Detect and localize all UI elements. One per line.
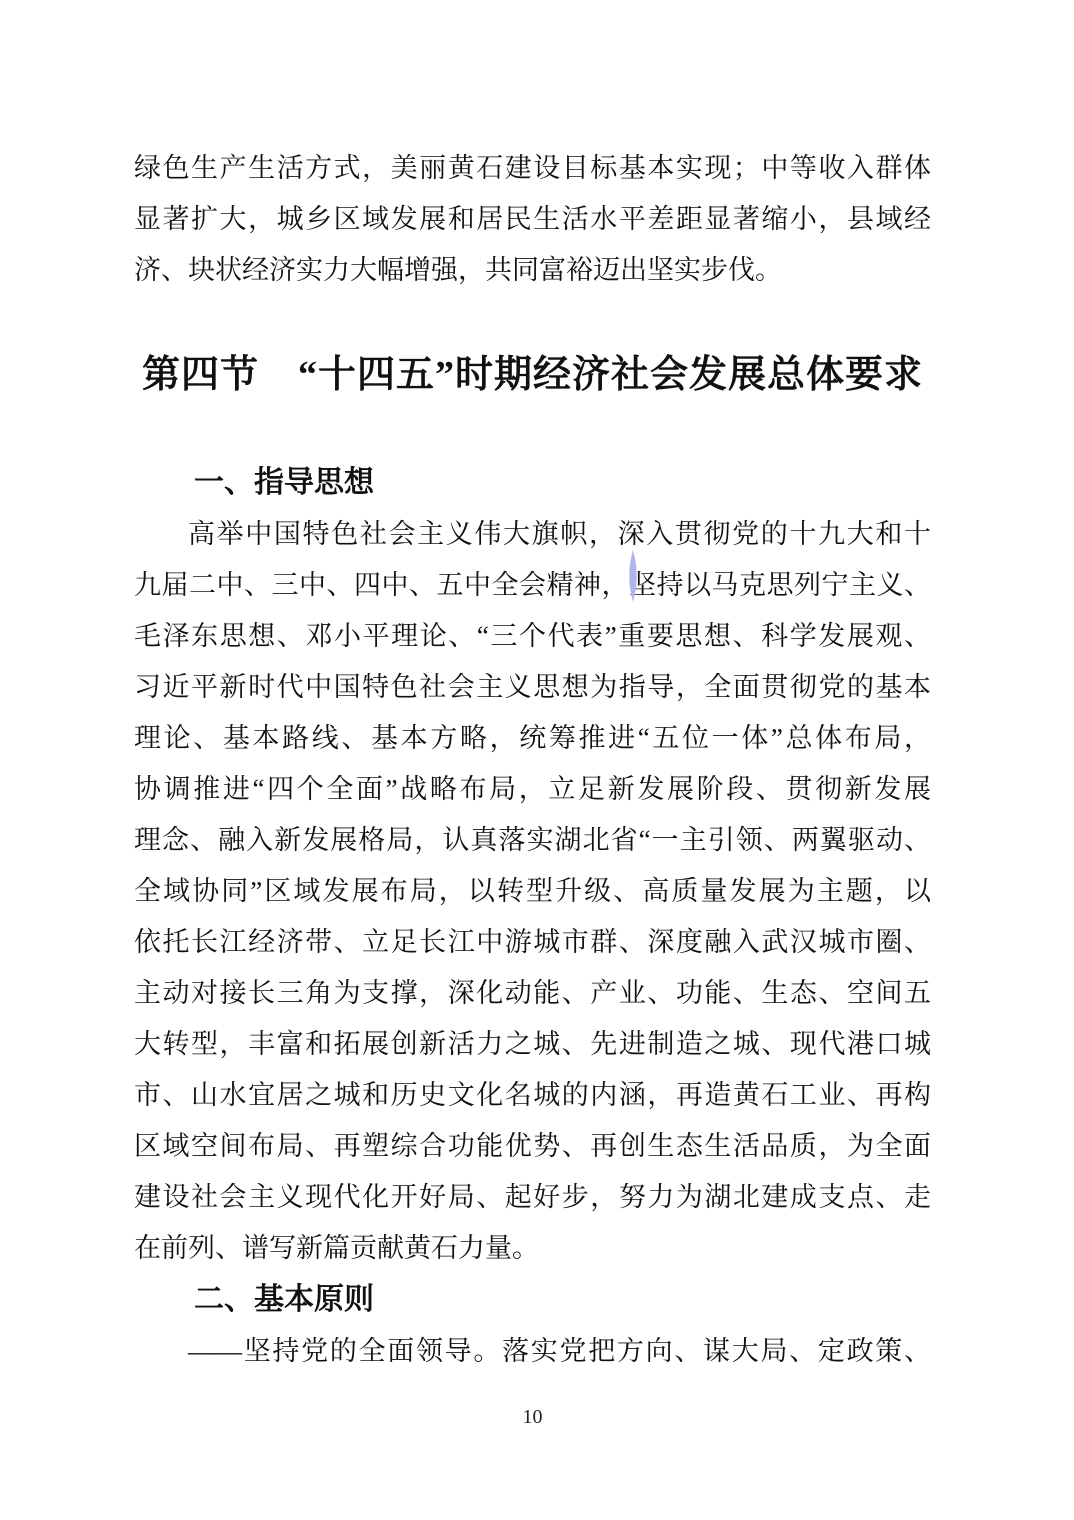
section-title-guiding-ideology: 一、指导思想 [134, 457, 931, 508]
text-line: ——坚持党的全面领导。落实党把方向、谋大局、定政策、 [134, 1326, 931, 1377]
section-title-basic-principles: 二、基本原则 [134, 1274, 931, 1325]
paragraph-intro: 绿色生产生活方式，美丽黄石建设目标基本实现；中等收入群体显著扩大，城乡区域发展和… [134, 143, 931, 296]
paragraph-guiding-ideology: 高举中国特色社会主义伟大旗帜，深入贯彻党的十九大和十九届二中、三中、四中、五中全… [134, 509, 931, 1274]
page-number: 10 [134, 1404, 931, 1430]
text-line: 绿色生产生活方式，美丽黄石建设目标基本实现；中等收入群体 [134, 143, 931, 194]
text-line: 市、山水宜居之城和历史文化名城的内涵，再造黄石工业、再构 [134, 1070, 931, 1121]
text-line: 全域协同”区域发展布局，以转型升级、高质量发展为主题，以 [134, 866, 931, 917]
chapter-heading: 第四节 “十四五”时期经济社会发展总体要求 [134, 352, 931, 398]
text-line: 主动对接长三角为支撑，深化动能、产业、功能、生态、空间五 [134, 968, 931, 1019]
text-line: 依托长江经济带、立足长江中游城市群、深度融入武汉城市圈、 [134, 917, 931, 968]
text-line: 高举中国特色社会主义伟大旗帜，深入贯彻党的十九大和十 [134, 509, 931, 560]
text-line: 习近平新时代中国特色社会主义思想为指导，全面贯彻党的基本 [134, 662, 931, 713]
text-line: 在前列、谱写新篇贡献黄石力量。 [134, 1223, 931, 1274]
text-line: 建设社会主义现代化开好局、起好步，努力为湖北建成支点、走 [134, 1172, 931, 1223]
document-page: 绿色生产生活方式，美丽黄石建设目标基本实现；中等收入群体显著扩大，城乡区域发展和… [0, 0, 1074, 1520]
text-line: 九届二中、三中、四中、五中全会精神，坚持以马克思列宁主义、 [134, 560, 931, 611]
text-line: 理念、融入新发展格局，认真落实湖北省“一主引领、两翼驱动、 [134, 815, 931, 866]
text-line: 区域空间布局、再塑综合功能优势、再创生态生活品质，为全面 [134, 1121, 931, 1172]
text-line: 理论、基本路线、基本方略，统筹推进“五位一体”总体布局， [134, 713, 931, 764]
text-line: 济、块状经济实力大幅增强，共同富裕迈出坚实步伐。 [134, 245, 931, 296]
paragraph-basic-principles: ——坚持党的全面领导。落实党把方向、谋大局、定政策、 [134, 1326, 931, 1377]
text-line: 大转型，丰富和拓展创新活力之城、先进制造之城、现代港口城 [134, 1019, 931, 1070]
text-line: 显著扩大，城乡区域发展和居民生活水平差距显著缩小，县域经 [134, 194, 931, 245]
text-line: 毛泽东思想、邓小平理论、“三个代表”重要思想、科学发展观、 [134, 611, 931, 662]
text-line: 协调推进“四个全面”战略布局，立足新发展阶段、贯彻新发展 [134, 764, 931, 815]
